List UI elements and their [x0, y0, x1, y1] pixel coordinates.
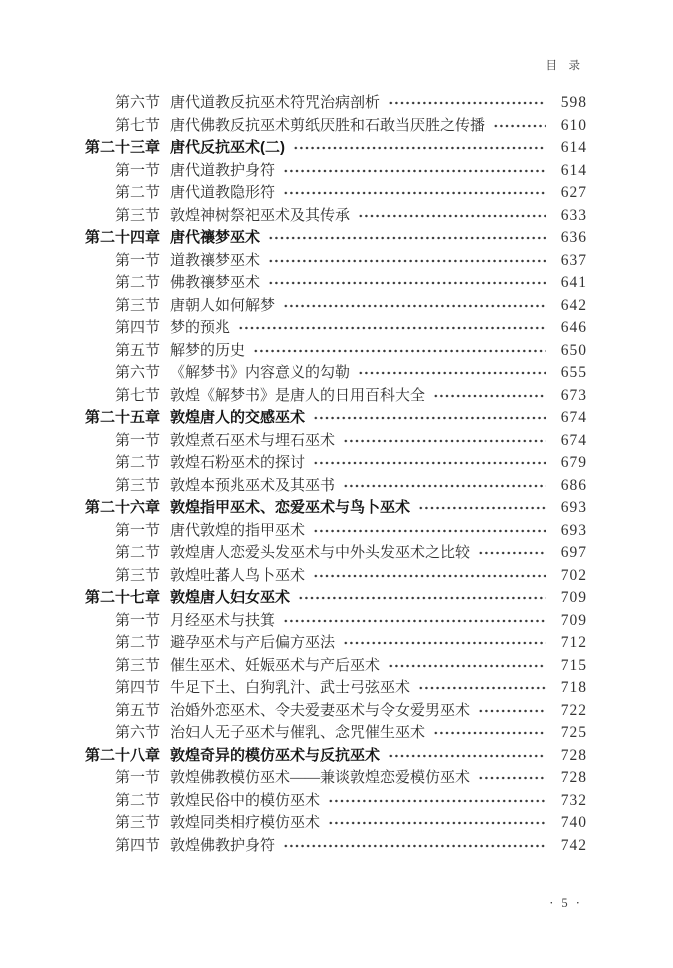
dot-leader-icon: [343, 479, 546, 493]
dot-leader-icon: [313, 524, 546, 538]
dot-leader-icon: [418, 681, 546, 695]
toc-entry: 第七节 敦煌《解梦书》是唐人的日用百科大全 673: [85, 385, 587, 408]
folio-right-dot-icon: ·: [576, 895, 580, 911]
dot-leader-icon: [343, 434, 546, 448]
toc-entry: 第二节 敦煌民俗中的模仿巫术 732: [85, 790, 587, 813]
toc-entry-title: 敦煌唐人的交感巫术: [170, 407, 305, 430]
dot-leader-icon: [283, 839, 546, 853]
toc-entry: 第二十三章 唐代反抗巫术(二) 614: [85, 137, 587, 160]
toc-entry-label: 第二十三章: [85, 137, 160, 160]
dot-leader-icon: [493, 119, 546, 133]
toc-entry-page-number: 642: [557, 295, 587, 318]
toc-entry-label: 第五节: [85, 700, 160, 723]
toc-entry: 第一节 敦煌煮石巫术与埋石巫术 674: [85, 430, 587, 453]
toc-entry-page-number: 693: [557, 497, 587, 520]
toc-entry-page-number: 679: [557, 452, 587, 475]
dot-leader-icon: [358, 209, 546, 223]
toc-entry-title: 道教禳梦巫术: [170, 250, 260, 273]
toc-entry-page-number: 614: [557, 160, 587, 183]
toc-entry-title: 唐代道教护身符: [170, 160, 275, 183]
toc-entry-title: 唐代禳梦巫术: [170, 227, 260, 250]
toc-entry-label: 第三节: [85, 295, 160, 318]
dot-leader-icon: [418, 501, 546, 515]
dot-leader-icon: [238, 321, 546, 335]
toc-entry: 第二节 佛教禳梦巫术 641: [85, 272, 587, 295]
toc-entry-page-number: 740: [557, 812, 587, 835]
toc-entry-label: 第二节: [85, 542, 160, 565]
dot-leader-icon: [283, 186, 546, 200]
dot-leader-icon: [293, 141, 546, 155]
book-toc-page: 目 录 第六节 唐代道教反抗巫术符咒治病剖析 598 第七节 唐代佛教反抗巫术剪…: [0, 0, 673, 968]
toc-entry-label: 第六节: [85, 92, 160, 115]
toc-entry-page-number: 693: [557, 520, 587, 543]
toc-entry: 第二十七章 敦煌唐人妇女巫术 709: [85, 587, 587, 610]
toc-entry-page-number: 718: [557, 677, 587, 700]
toc-entry: 第二节 避孕巫术与产后偏方巫法 712: [85, 632, 587, 655]
dot-leader-icon: [328, 816, 546, 830]
toc-entry-page-number: 722: [557, 700, 587, 723]
toc-entry-label: 第二十七章: [85, 587, 160, 610]
toc-entry-label: 第一节: [85, 610, 160, 633]
folio-page-number: 5: [561, 896, 567, 911]
toc-entry: 第四节 敦煌佛教护身符 742: [85, 835, 587, 858]
toc-entry-label: 第三节: [85, 475, 160, 498]
toc-entry-label: 第四节: [85, 677, 160, 700]
dot-leader-icon: [283, 299, 546, 313]
dot-leader-icon: [343, 636, 546, 650]
toc-entry-label: 第一节: [85, 250, 160, 273]
dot-leader-icon: [313, 456, 546, 470]
toc-entry-label: 第二节: [85, 272, 160, 295]
toc-entry-page-number: 655: [557, 362, 587, 385]
toc-entry: 第六节 《解梦书》内容意义的勾勒 655: [85, 362, 587, 385]
toc-entry-page-number: 674: [557, 430, 587, 453]
dot-leader-icon: [253, 344, 546, 358]
toc-entry: 第三节 敦煌吐蕃人鸟卜巫术 702: [85, 565, 587, 588]
dot-leader-icon: [478, 546, 546, 560]
toc-entry-page-number: 702: [557, 565, 587, 588]
toc-entry-page-number: 728: [557, 767, 587, 790]
toc-entry-page-number: 686: [557, 475, 587, 498]
toc-entry-label: 第二节: [85, 790, 160, 813]
running-header-title: 目 录: [546, 57, 581, 73]
toc-entry: 第一节 唐代道教护身符 614: [85, 160, 587, 183]
toc-entry-title: 《解梦书》内容意义的勾勒: [170, 362, 350, 385]
toc-entry-label: 第三节: [85, 655, 160, 678]
toc-entry-page-number: 673: [557, 385, 587, 408]
toc-entry-label: 第二十六章: [85, 497, 160, 520]
dot-leader-icon: [433, 726, 546, 740]
toc-entry: 第二十五章 敦煌唐人的交感巫术 674: [85, 407, 587, 430]
toc-entry-label: 第一节: [85, 430, 160, 453]
toc-entry-page-number: 633: [557, 205, 587, 228]
toc-entry-title: 唐代道教隐形符: [170, 182, 275, 205]
toc-entry-label: 第二节: [85, 452, 160, 475]
toc-entry-page-number: 697: [557, 542, 587, 565]
dot-leader-icon: [388, 96, 546, 110]
toc-entry: 第二节 唐代道教隐形符 627: [85, 182, 587, 205]
dot-leader-icon: [313, 411, 546, 425]
toc-entry-title: 敦煌奇异的模仿巫术与反抗巫术: [170, 745, 380, 768]
toc-entry-label: 第五节: [85, 340, 160, 363]
toc-entry-title: 避孕巫术与产后偏方巫法: [170, 632, 335, 655]
toc-entry-page-number: 712: [557, 632, 587, 655]
toc-entry: 第二十四章 唐代禳梦巫术 636: [85, 227, 587, 250]
dot-leader-icon: [313, 569, 546, 583]
toc-entry-page-number: 610: [557, 115, 587, 138]
toc-entry: 第三节 敦煌同类相疗模仿巫术 740: [85, 812, 587, 835]
dot-leader-icon: [478, 704, 546, 718]
dot-leader-icon: [268, 231, 546, 245]
dot-leader-icon: [433, 389, 546, 403]
toc-entry-page-number: 732: [557, 790, 587, 813]
toc-entry: 第三节 敦煌神树祭祀巫术及其传承 633: [85, 205, 587, 228]
toc-entry-page-number: 725: [557, 722, 587, 745]
toc-entry-title: 唐代敦煌的指甲巫术: [170, 520, 305, 543]
toc-entry: 第三节 催生巫术、妊娠巫术与产后巫术 715: [85, 655, 587, 678]
dot-leader-icon: [283, 164, 546, 178]
page-number-footer: · 5 ·: [549, 895, 580, 911]
toc-entry: 第五节 治婚外恋巫术、令夫爱妻巫术与令女爱男巫术 722: [85, 700, 587, 723]
folio-left-dot-icon: ·: [549, 895, 553, 911]
toc-entry-page-number: 627: [557, 182, 587, 205]
toc-entry-title: 敦煌唐人恋爱头发巫术与中外头发巫术之比较: [170, 542, 470, 565]
toc-list: 第六节 唐代道教反抗巫术符咒治病剖析 598 第七节 唐代佛教反抗巫术剪纸厌胜和…: [85, 92, 587, 857]
toc-entry-title: 敦煌佛教模仿巫术——兼谈敦煌恋爱模仿巫术: [170, 767, 470, 790]
toc-entry: 第六节 治妇人无子巫术与催乳、念咒催生巫术 725: [85, 722, 587, 745]
toc-entry-label: 第六节: [85, 362, 160, 385]
toc-entry-page-number: 728: [557, 745, 587, 768]
toc-entry: 第二节 敦煌唐人恋爱头发巫术与中外头发巫术之比较 697: [85, 542, 587, 565]
dot-leader-icon: [388, 659, 546, 673]
toc-entry-label: 第四节: [85, 317, 160, 340]
toc-entry: 第三节 敦煌本预兆巫术及其巫书 686: [85, 475, 587, 498]
toc-entry-title: 唐代反抗巫术(二): [170, 137, 285, 160]
dot-leader-icon: [283, 614, 546, 628]
toc-entry-page-number: 709: [557, 587, 587, 610]
toc-entry-label: 第四节: [85, 835, 160, 858]
toc-entry-title: 唐代道教反抗巫术符咒治病剖析: [170, 92, 380, 115]
toc-entry-page-number: 614: [557, 137, 587, 160]
toc-entry-label: 第三节: [85, 812, 160, 835]
toc-entry-page-number: 636: [557, 227, 587, 250]
toc-entry-label: 第三节: [85, 205, 160, 228]
toc-entry-title: 解梦的历史: [170, 340, 245, 363]
toc-entry-label: 第七节: [85, 115, 160, 138]
toc-entry: 第一节 敦煌佛教模仿巫术——兼谈敦煌恋爱模仿巫术 728: [85, 767, 587, 790]
toc-entry-page-number: 646: [557, 317, 587, 340]
toc-entry-title: 敦煌本预兆巫术及其巫书: [170, 475, 335, 498]
toc-entry-title: 唐代佛教反抗巫术剪纸厌胜和石敢当厌胜之传播: [170, 115, 485, 138]
toc-entry-label: 第二十八章: [85, 745, 160, 768]
toc-entry-title: 敦煌煮石巫术与埋石巫术: [170, 430, 335, 453]
toc-entry-title: 月经巫术与扶箕: [170, 610, 275, 633]
toc-entry: 第二十八章 敦煌奇异的模仿巫术与反抗巫术 728: [85, 745, 587, 768]
toc-entry-title: 催生巫术、妊娠巫术与产后巫术: [170, 655, 380, 678]
dot-leader-icon: [358, 366, 546, 380]
toc-entry: 第二节 敦煌石粉巫术的探讨 679: [85, 452, 587, 475]
toc-entry-label: 第一节: [85, 520, 160, 543]
toc-entry: 第一节 道教禳梦巫术 637: [85, 250, 587, 273]
toc-entry: 第五节 解梦的历史 650: [85, 340, 587, 363]
toc-entry-label: 第二十四章: [85, 227, 160, 250]
toc-entry-title: 敦煌吐蕃人鸟卜巫术: [170, 565, 305, 588]
toc-entry-page-number: 641: [557, 272, 587, 295]
toc-entry-label: 第二十五章: [85, 407, 160, 430]
toc-entry-title: 敦煌石粉巫术的探讨: [170, 452, 305, 475]
toc-entry-label: 第二节: [85, 632, 160, 655]
toc-entry-title: 敦煌唐人妇女巫术: [170, 587, 290, 610]
toc-entry-title: 敦煌民俗中的模仿巫术: [170, 790, 320, 813]
dot-leader-icon: [298, 591, 546, 605]
toc-entry-title: 敦煌神树祭祀巫术及其传承: [170, 205, 350, 228]
toc-entry-title: 治妇人无子巫术与催乳、念咒催生巫术: [170, 722, 425, 745]
toc-entry-label: 第一节: [85, 160, 160, 183]
toc-entry-page-number: 674: [557, 407, 587, 430]
dot-leader-icon: [388, 749, 546, 763]
toc-entry: 第四节 牛足下土、白狗乳汁、武士弓弦巫术 718: [85, 677, 587, 700]
toc-entry-title: 牛足下土、白狗乳汁、武士弓弦巫术: [170, 677, 410, 700]
toc-entry-title: 敦煌佛教护身符: [170, 835, 275, 858]
toc-entry: 第四节 梦的预兆 646: [85, 317, 587, 340]
toc-entry: 第七节 唐代佛教反抗巫术剪纸厌胜和石敢当厌胜之传播 610: [85, 115, 587, 138]
toc-entry-page-number: 709: [557, 610, 587, 633]
toc-entry-page-number: 650: [557, 340, 587, 363]
toc-entry-label: 第七节: [85, 385, 160, 408]
toc-entry-label: 第一节: [85, 767, 160, 790]
dot-leader-icon: [268, 254, 546, 268]
toc-entry-label: 第二节: [85, 182, 160, 205]
toc-entry-page-number: 637: [557, 250, 587, 273]
dot-leader-icon: [268, 276, 546, 290]
toc-entry: 第二十六章 敦煌指甲巫术、恋爱巫术与鸟卜巫术 693: [85, 497, 587, 520]
toc-entry-page-number: 742: [557, 835, 587, 858]
toc-entry-label: 第三节: [85, 565, 160, 588]
toc-entry-label: 第六节: [85, 722, 160, 745]
toc-entry-title: 梦的预兆: [170, 317, 230, 340]
dot-leader-icon: [328, 794, 546, 808]
toc-entry-page-number: 598: [557, 92, 587, 115]
toc-entry: 第一节 月经巫术与扶箕 709: [85, 610, 587, 633]
toc-entry-page-number: 715: [557, 655, 587, 678]
toc-entry-title: 佛教禳梦巫术: [170, 272, 260, 295]
toc-entry: 第三节 唐朝人如何解梦 642: [85, 295, 587, 318]
toc-entry: 第一节 唐代敦煌的指甲巫术 693: [85, 520, 587, 543]
toc-entry-title: 敦煌指甲巫术、恋爱巫术与鸟卜巫术: [170, 497, 410, 520]
dot-leader-icon: [478, 771, 546, 785]
toc-entry-title: 治婚外恋巫术、令夫爱妻巫术与令女爱男巫术: [170, 700, 470, 723]
toc-entry-title: 敦煌《解梦书》是唐人的日用百科大全: [170, 385, 425, 408]
toc-entry-title: 唐朝人如何解梦: [170, 295, 275, 318]
toc-entry: 第六节 唐代道教反抗巫术符咒治病剖析 598: [85, 92, 587, 115]
toc-entry-title: 敦煌同类相疗模仿巫术: [170, 812, 320, 835]
